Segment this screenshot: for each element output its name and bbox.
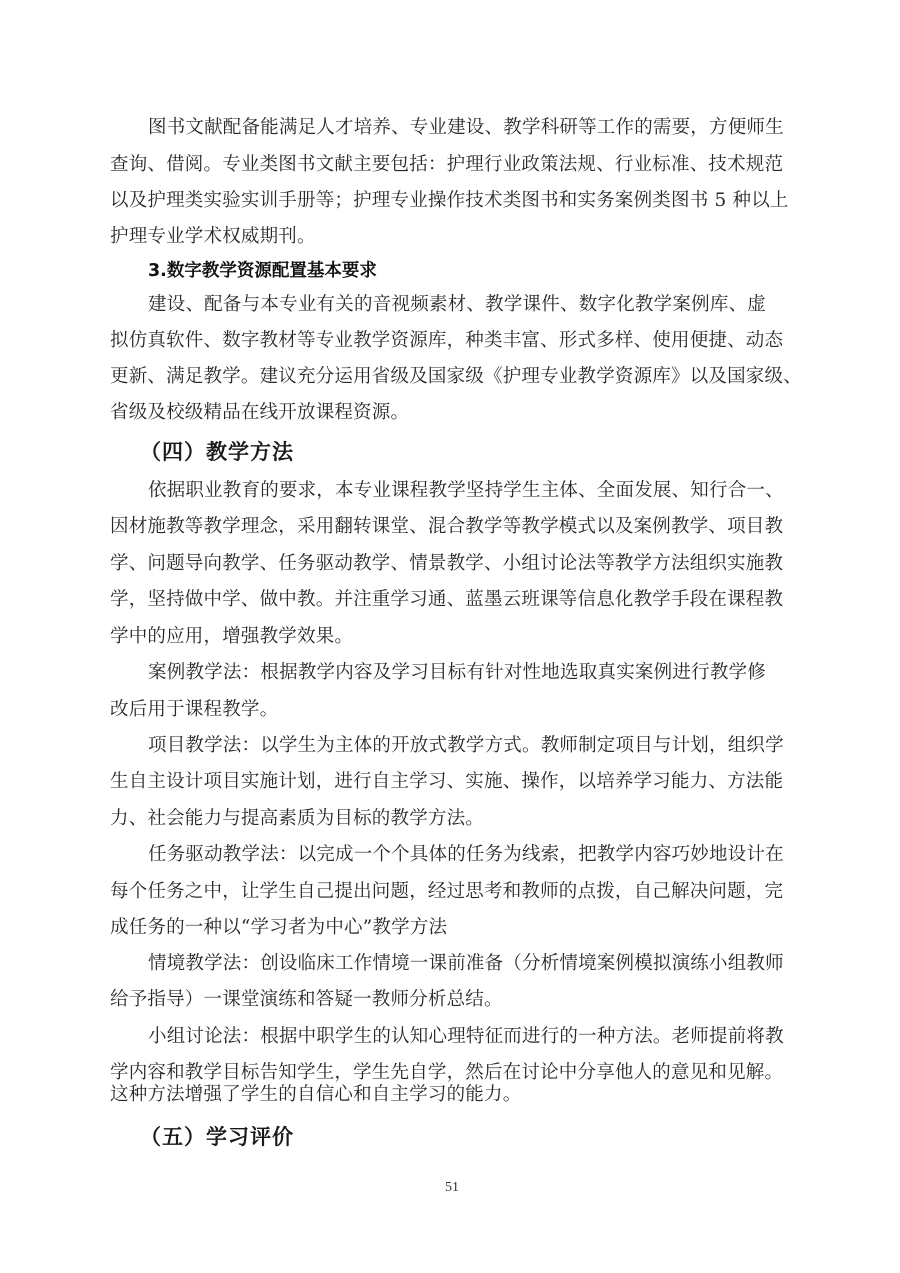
method-line: 案例教学法：根据教学内容及学习目标有针对性地选取真实案例进行教学修 [148,659,766,687]
method-line: 成任务的一种以“学习者为中心”教学方法 [110,914,766,942]
paragraph-line: 更新、满足教学。建议充分运用省级及国家级《护理专业教学资源库》以及国家级、 [110,363,766,391]
subsection-heading: 3.数字教学资源配置基本要求 [148,257,377,285]
method-line: 这种方法增强了学生的自信心和自主学习的能力。 [110,1081,766,1109]
paragraph-line: 依据职业教育的要求，本专业课程教学坚持学生主体、全面发展、知行合一、 [148,477,766,505]
section-heading: （四）教学方法 [140,435,294,469]
method-line: 改后用于课程教学。 [110,696,766,724]
paragraph-line: 学中的应用，增强教学效果。 [110,623,766,651]
paragraph-line: 查询、借阅。专业类图书文献主要包括：护理行业政策法规、行业标准、技术规范 [110,151,766,179]
paragraph-line: 因材施教等教学理念，采用翻转课堂、混合教学等教学模式以及案例教学、项目教 [110,513,766,541]
method-line: 任务驱动教学法：以完成一个个具体的任务为线索，把教学内容巧妙地设计在 [148,841,766,869]
page-number: 51 [430,1178,474,1198]
method-line: 小组讨论法：根据中职学生的认知心理特征而进行的一种方法。老师提前将教 [148,1023,766,1051]
section-heading: （五）学习评价 [140,1120,294,1154]
method-line: 每个任务之中，让学生自己提出问题，经过思考和教师的点拨，自己解决问题，完 [110,878,766,906]
document-page: 图书文献配备能满足人才培养、专业建设、教学科研等工作的需要，方便师生 查询、借阅… [0,0,900,1273]
method-line: 项目教学法：以学生为主体的开放式教学方式。教师制定项目与计划，组织学 [148,732,766,760]
paragraph-line: 护理专业学术权威期刊。 [110,223,766,251]
paragraph-line: 建设、配备与本专业有关的音视频素材、教学课件、数字化教学案例库、虚 [148,291,766,319]
paragraph-line: 省级及校级精品在线开放课程资源。 [110,399,766,427]
paragraph-line: 学、问题导向教学、任务驱动教学、情景教学、小组讨论法等教学方法组织实施教 [110,550,766,578]
method-line: 情境教学法：创设临床工作情境一课前准备（分析情境案例模拟演练小组教师 [148,950,766,978]
method-line: 给予指导）一课堂演练和答疑一教师分析总结。 [110,986,766,1014]
paragraph-line: 拟仿真软件、数字教材等专业教学资源库，种类丰富、形式多样、使用便捷、动态 [110,327,766,355]
method-line: 生自主设计项目实施计划，进行自主学习、实施、操作，以培养学习能力、方法能 [110,768,766,796]
paragraph-line: 以及护理类实验实训手册等；护理专业操作技术类图书和实务案例类图书 5 种以上 [110,187,766,215]
method-line: 力、社会能力与提高素质为目标的教学方法。 [110,805,766,833]
paragraph-line: 学，坚持做中学、做中教。并注重学习通、蓝墨云班课等信息化教学手段在课程教 [110,586,766,614]
paragraph-line: 图书文献配备能满足人才培养、专业建设、教学科研等工作的需要，方便师生 [148,114,766,142]
